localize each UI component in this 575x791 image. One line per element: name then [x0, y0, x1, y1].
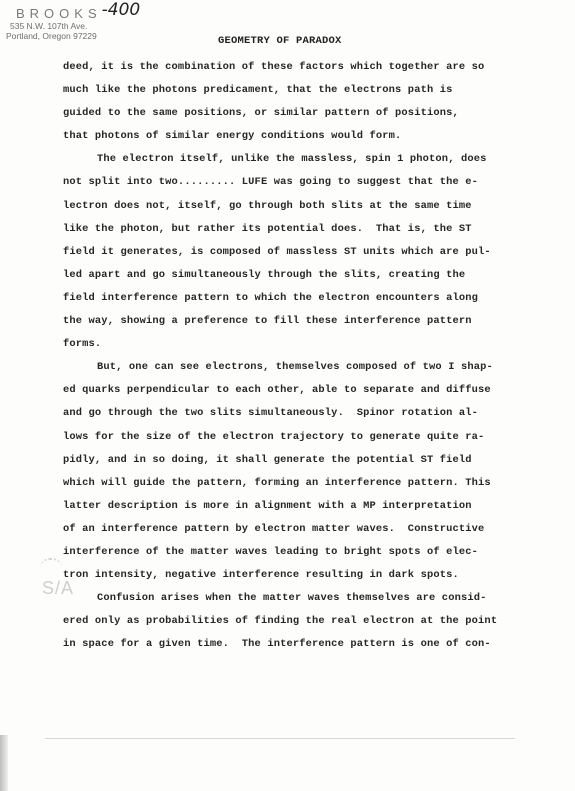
text-line: latter description is more in alignment …: [63, 495, 563, 518]
text-line: in space for a given time. The interfere…: [63, 633, 563, 656]
page-bottom-edge: [45, 738, 515, 739]
text-line: lectron does not, itself, go through bot…: [63, 195, 563, 218]
page-title: GEOMETRY OF PARADOX: [218, 35, 342, 47]
stamp-name: BROOKS: [16, 6, 102, 21]
text-line: ed quarks perpendicular to each other, a…: [63, 379, 563, 402]
text-line: field it generates, is composed of massl…: [63, 241, 563, 264]
text-line: like the photon, but rather its potentia…: [63, 218, 563, 241]
text-line: tron intensity, negative interference re…: [63, 564, 563, 587]
document-page: BROOKS-400 535 N.W. 107th Ave. Portland,…: [0, 0, 575, 791]
text-line: not split into two......... LUFE was goi…: [63, 171, 563, 194]
stamp-name-row: BROOKS-400: [4, 6, 174, 21]
body-text: deed, it is the combination of these fac…: [63, 56, 563, 656]
text-line: of an interference pattern by electron m…: [63, 518, 563, 541]
text-line: which will guide the pattern, forming an…: [63, 472, 563, 495]
text-line: lows for the size of the electron trajec…: [63, 426, 563, 449]
text-line: the way, showing a preference to fill th…: [63, 310, 563, 333]
stamp-address: 535 N.W. 107th Ave.: [4, 21, 174, 31]
scan-shadow: [0, 735, 8, 791]
text-line: that photons of similar energy condition…: [63, 125, 563, 148]
text-line: The electron itself, unlike the massless…: [63, 148, 563, 171]
text-line: much like the photons predicament, that …: [63, 79, 563, 102]
text-line: pidly, and in so doing, it shall generat…: [63, 449, 563, 472]
address-stamp: BROOKS-400 535 N.W. 107th Ave. Portland,…: [4, 6, 174, 41]
text-line: field interference pattern to which the …: [63, 287, 563, 310]
text-line: deed, it is the combination of these fac…: [63, 56, 563, 79]
text-line: and go through the two slits simultaneou…: [63, 402, 563, 425]
text-line: interference of the matter waves leading…: [63, 541, 563, 564]
stamp-city: Portland, Oregon 97229: [4, 31, 174, 41]
text-line: guided to the same positions, or similar…: [63, 102, 563, 125]
text-line: But, one can see electrons, themselves c…: [63, 356, 563, 379]
handwritten-number: -400: [102, 0, 141, 20]
text-line: ered only as probabilities of finding th…: [63, 610, 563, 633]
margin-mark: S/A: [42, 578, 74, 599]
text-line: forms.: [63, 333, 563, 356]
margin-smudge: [40, 558, 62, 570]
text-line: Confusion arises when the matter waves t…: [63, 587, 563, 610]
text-line: led apart and go simultaneously through …: [63, 264, 563, 287]
